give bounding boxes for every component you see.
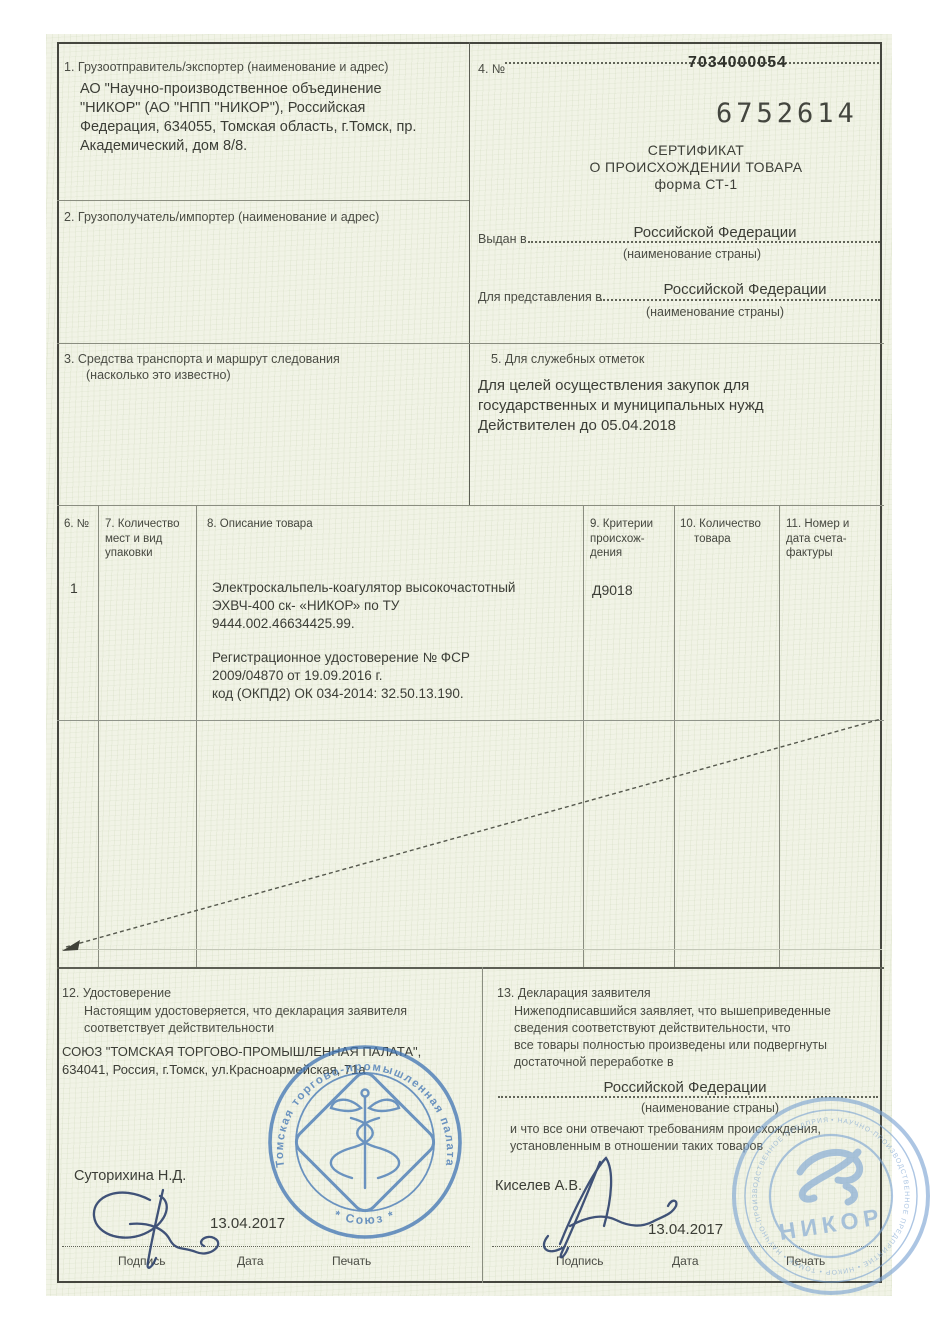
presented-country-hint: (наименование страны) (565, 305, 865, 319)
col-header-invoice-line: фактуры (786, 546, 849, 561)
signature-caption: Подпись (118, 1254, 166, 1268)
table-col-line-5 (779, 505, 780, 967)
declaration-line: Нижеподписавшийся заявляет, что вышеприв… (514, 1003, 831, 1020)
table-inner-rule (57, 720, 884, 721)
col-header-quantity-line: 10. Количество (680, 517, 761, 532)
service-marks-line: Для целей осуществления закупок для (478, 376, 764, 396)
divider-box1-box2 (57, 200, 469, 201)
exporter-address-line: Академический, дом 8/8. (80, 137, 416, 156)
divider-box12-box13 (482, 967, 483, 1283)
declaration-line: сведения соответствуют действительности,… (514, 1020, 831, 1037)
col-header-number: 6. № (64, 517, 89, 532)
sign-date-left: 13.04.2017 (210, 1215, 285, 1232)
exporter-address-line: АО "Научно-производственное объединение (80, 80, 416, 99)
issued-in-value: Российской Федерации (565, 223, 865, 243)
origin-criteria-value: Д9018 (592, 581, 633, 599)
description-line: Регистрационное удостоверение № ФСР (212, 649, 470, 667)
col-header-packages-line: мест и вид (105, 532, 180, 547)
signer-name-left: Суторихина Н.Д. (74, 1168, 186, 1184)
col-header-packages-line: 7. Количество (105, 517, 180, 532)
description-line: код (ОКПД2) ОК 034-2014: 32.50.13.190. (212, 685, 470, 703)
signature-line-right (492, 1246, 878, 1247)
description-line: 9444.002.46634425.99. (212, 615, 515, 633)
date-caption: Дата (237, 1254, 264, 1268)
issued-in-label: Выдан в (478, 232, 527, 246)
certification-line: соответствует действительности (84, 1020, 407, 1037)
date-caption: Дата (672, 1254, 699, 1268)
certificate-title-line3: форма СТ-1 (546, 176, 846, 192)
signature-line-left (62, 1246, 470, 1247)
col-header-quantity-line: товара (680, 532, 761, 547)
service-marks-line: государственных и муниципальных нужд (478, 396, 764, 416)
consignee-label: 2. Грузополучатель/импортер (наименовани… (64, 210, 379, 224)
signature-caption: Подпись (556, 1254, 604, 1268)
transport-sublabel: (насколько это известно) (86, 368, 231, 382)
transport-label: 3. Средства транспорта и маршрут следова… (64, 352, 340, 366)
chamber-org-line: СОЮЗ "ТОМСКАЯ ТОРГОВО-ПРОМЫШЛЕННАЯ ПАЛАТ… (62, 1043, 421, 1061)
sign-date-right: 13.04.2017 (648, 1221, 723, 1238)
col-header-packages-line: упаковки (105, 546, 180, 561)
chamber-org-line: 634041, Россия, г.Томск, ул.Красноармейс… (62, 1061, 421, 1079)
divider-top-vertical (469, 42, 470, 505)
description-line: ЭХВЧ-400 ск- «НИКОР» по ТУ (212, 597, 515, 615)
seal-caption: Печать (786, 1254, 825, 1268)
row-number: 1 (70, 579, 78, 597)
service-marks-line: Действителен до 05.04.2018 (478, 416, 764, 436)
declaration-line: достаточной переработке в (514, 1054, 831, 1071)
certificate-scan: 1. Грузоотправитель/экспортер (наименова… (0, 0, 940, 1330)
col-header-invoice-line: дата счета- (786, 532, 849, 547)
table-col-line-3 (583, 505, 584, 967)
divider-row2 (57, 343, 884, 344)
certification-line: Настоящим удостоверяется, что декларация… (84, 1003, 407, 1020)
seal-caption: Печать (332, 1254, 371, 1268)
declaration-label: 13. Декларация заявителя (497, 986, 651, 1000)
col-header-invoice-line: 11. Номер и (786, 517, 849, 532)
table-col-line-1 (98, 505, 99, 967)
presented-to-label: Для представления в (478, 290, 602, 304)
description-line: 2009/04870 от 19.09.2016 г. (212, 667, 470, 685)
certification-label: 12. Удостоверение (62, 986, 171, 1000)
description-line: Электроскальпель-коагулятор высокочастот… (212, 579, 515, 597)
service-marks-label: 5. Для служебных отметок (491, 352, 644, 366)
col-header-description: 8. Описание товара (207, 517, 313, 532)
exporter-address-line: Федерация, 634055, Томская область, г.То… (80, 118, 416, 137)
signer-name-right: Киселев А.В. (495, 1178, 582, 1194)
declaration-line2: и что все они отвечают требованиям проис… (510, 1121, 821, 1138)
col-header-criteria-line: 9. Критерии (590, 517, 653, 532)
declaration-country-hint: (наименование страны) (560, 1101, 860, 1115)
declaration-country-value: Российской Федерации (530, 1078, 840, 1098)
table-faint-rule (62, 949, 882, 950)
table-top-border (57, 505, 884, 506)
presented-to-value: Российской Федерации (600, 280, 890, 300)
table-col-line-2 (196, 505, 197, 967)
declaration-line: все товары полностью произведены или под… (514, 1037, 831, 1054)
certificate-number: 7034000054 (688, 54, 787, 72)
blank-serial-number: 6752614 (716, 98, 858, 129)
col-header-criteria-line: происхож- (590, 532, 653, 547)
col-header-criteria-line: дения (590, 546, 653, 561)
table-bottom-border (57, 967, 884, 969)
issued-country-hint: (наименование страны) (542, 247, 842, 261)
certificate-title-line2: О ПРОИСХОЖДЕНИИ ТОВАРА (546, 159, 846, 175)
certificate-title-line1: СЕРТИФИКАТ (546, 142, 846, 158)
declaration-country-leader (498, 1096, 878, 1098)
exporter-address-line: "НИКОР" (АО "НПП "НИКОР"), Российская (80, 99, 416, 118)
exporter-label: 1. Грузоотправитель/экспортер (наименова… (64, 60, 388, 74)
form-number-label: 4. № (478, 62, 505, 76)
declaration-line2: установленным в отношении таких товаров (510, 1138, 821, 1155)
table-col-line-4 (674, 505, 675, 967)
